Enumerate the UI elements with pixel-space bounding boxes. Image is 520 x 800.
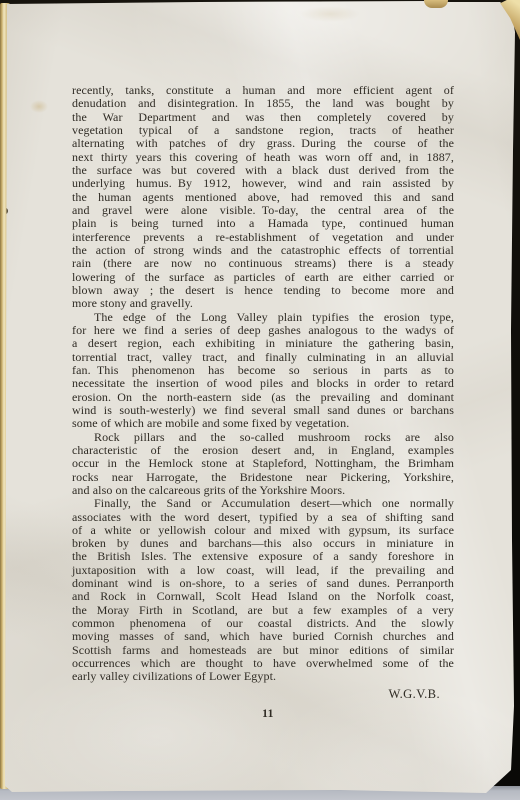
foxing-stain: [300, 6, 360, 22]
text-line: underlying humus. By 1912, however, wind…: [72, 177, 454, 190]
foxing-stain: [30, 100, 48, 113]
text-line: Scottish farms and homesteads are but mi…: [72, 644, 454, 657]
text-line: characteristic of the erosion desert and…: [72, 444, 454, 457]
text-line: the human agents mentioned above, had re…: [72, 191, 454, 204]
text-line: common phenomena of our coastal district…: [72, 617, 454, 630]
text-line: dominant wind is on-shore, to a series o…: [72, 577, 454, 590]
scan-background: recently, tanks, constitute a human and …: [0, 0, 520, 800]
book-page: recently, tanks, constitute a human and …: [0, 0, 520, 800]
text-line: some of which are mobile and some fixed …: [72, 417, 454, 430]
text-line: the action of strong winds and the catas…: [72, 244, 454, 257]
text-line: wind is south-westerly) we find several …: [72, 404, 454, 417]
text-line: torrential tract, valley tract, and fina…: [72, 351, 454, 364]
text-line: alternating with patches of dry grass. D…: [72, 137, 454, 150]
author-initials: W.G.V.B.: [72, 687, 454, 702]
paragraph: Rock pillars and the so-called mushroom …: [72, 431, 454, 498]
text-line: and Rock in Cornwall, Scolt Head Island …: [72, 590, 454, 603]
text-line: interference prevents a re-establishment…: [72, 231, 454, 244]
text-line: blown away ; the desert is hence tending…: [72, 284, 454, 297]
text-line: a desert region, each exhibiting in mini…: [72, 337, 454, 350]
text-line: the War Department and was then complete…: [72, 111, 454, 124]
text-line: associates with the word desert, typifie…: [72, 511, 454, 524]
text-line: vegetation typical of a sandstone region…: [72, 124, 454, 137]
text-line: juxtaposition with a low coast, will lea…: [72, 564, 454, 577]
text-line: the British Isles. The extensive exposur…: [72, 550, 454, 563]
text-line: denudation and disintegration. In 1855, …: [72, 97, 454, 110]
text-line: recently, tanks, constitute a human and …: [72, 84, 454, 97]
text-line: occurrences which are thought to have ov…: [72, 657, 454, 670]
text-line: necessitate the insertion of wood piles …: [72, 377, 454, 390]
paragraph: recently, tanks, constitute a human and …: [72, 84, 454, 311]
text-line: occur in the Hemlock stone at Stapleford…: [72, 457, 454, 470]
text-line: the Moray Firth in Scotland, are but a f…: [72, 604, 454, 617]
text-line: early valley civilizations of Lower Egyp…: [72, 670, 454, 683]
text-line: rain (there are now no continuous stream…: [72, 257, 454, 270]
text-line: Rock pillars and the so-called mushroom …: [72, 431, 454, 444]
page-number: 11: [72, 708, 454, 720]
text-column: recently, tanks, constitute a human and …: [72, 84, 454, 684]
text-line: plain is being turned into a Hamada type…: [72, 217, 454, 230]
text-line: The edge of the Long Valley plain typifi…: [72, 311, 454, 324]
text-line: erosion. On the north-eastern side (as t…: [72, 391, 454, 404]
text-line: the surface was but covered with a black…: [72, 164, 454, 177]
text-line: broken by dunes and barchans—this also o…: [72, 537, 454, 550]
text-line: and gravel were alone visible. To-day, t…: [72, 204, 454, 217]
text-line: fan. This phenomenon has become so serio…: [72, 364, 454, 377]
text-line: Finally, the Sand or Accumulation desert…: [72, 497, 454, 510]
paragraph: Finally, the Sand or Accumulation desert…: [72, 497, 454, 684]
text-line: next thirty years this covering of heath…: [72, 151, 454, 164]
paragraph: The edge of the Long Valley plain typifi…: [72, 311, 454, 431]
text-line: and also on the calcareous grits of the …: [72, 484, 454, 497]
text-line: of a white or yellowish colour and mixed…: [72, 524, 454, 537]
text-line: more stony and gravelly.: [72, 297, 454, 310]
text-line: rocks near Harrogate, the Bridestone nea…: [72, 471, 454, 484]
text-line: for here we find a series of deep gashes…: [72, 324, 454, 337]
text-line: moving masses of sand, which have buried…: [72, 630, 454, 643]
text-line: lowering of the surface as particles of …: [72, 271, 454, 284]
